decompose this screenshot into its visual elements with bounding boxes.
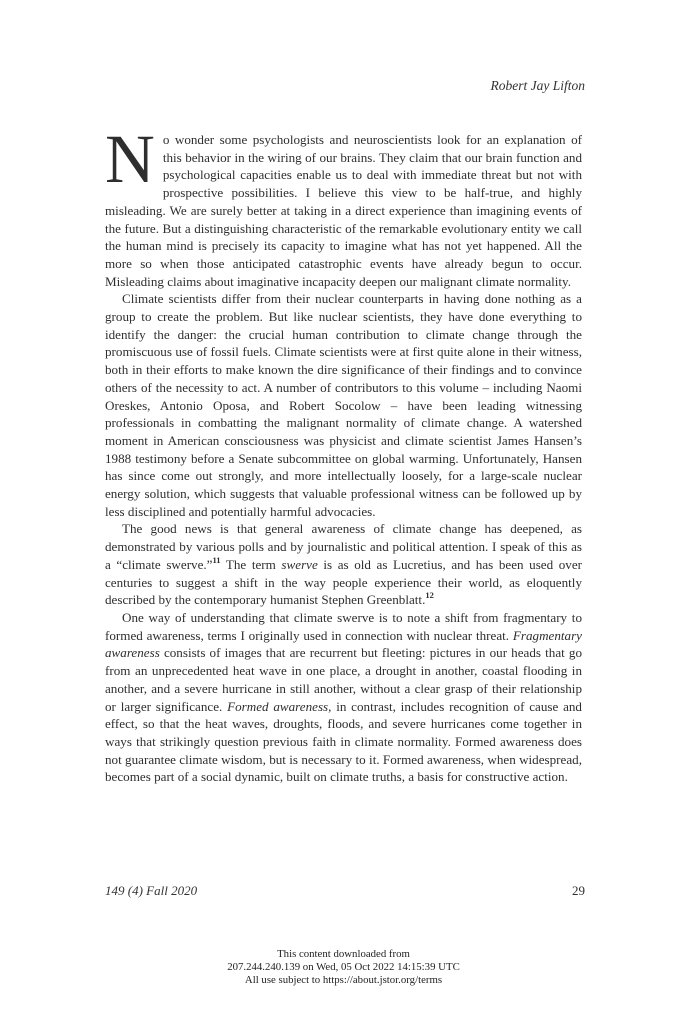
body-paragraph: The good news is that general awareness … [105, 520, 582, 609]
footer-page-number: 29 [572, 883, 585, 899]
body-paragraph: No wonder some psychologists and neurosc… [105, 131, 582, 290]
jstor-download-notice: This content downloaded from 207.244.240… [0, 948, 687, 988]
body-paragraph: Climate scientists differ from their nuc… [105, 290, 582, 520]
jstor-notice-line-1: This content downloaded from [0, 948, 687, 961]
drop-cap: N [105, 131, 163, 185]
italic-term: Formed awareness [227, 699, 328, 714]
body-text-run: o wonder some psychologists and neurosci… [105, 132, 582, 289]
running-head-author: Robert Jay Lifton [491, 78, 586, 94]
footnote-reference: 11 [213, 555, 221, 565]
body-text-run: The term [221, 557, 282, 572]
body-text-run: Climate scientists differ from their nuc… [105, 291, 582, 518]
document-page: Robert Jay Lifton No wonder some psychol… [0, 0, 687, 1024]
body-paragraph: One way of understanding that climate sw… [105, 609, 582, 786]
footer-journal-issue: 149 (4) Fall 2020 [105, 883, 197, 899]
body-text-run: One way of understanding that climate sw… [105, 610, 582, 643]
jstor-notice-line-2: 207.244.240.139 on Wed, 05 Oct 2022 14:1… [0, 961, 687, 974]
italic-term: swerve [281, 557, 317, 572]
article-body: No wonder some psychologists and neurosc… [105, 131, 582, 786]
footnote-reference: 12 [425, 590, 434, 600]
page-footer: 149 (4) Fall 2020 29 [105, 883, 585, 899]
jstor-notice-line-3: All use subject to https://about.jstor.o… [0, 974, 687, 987]
